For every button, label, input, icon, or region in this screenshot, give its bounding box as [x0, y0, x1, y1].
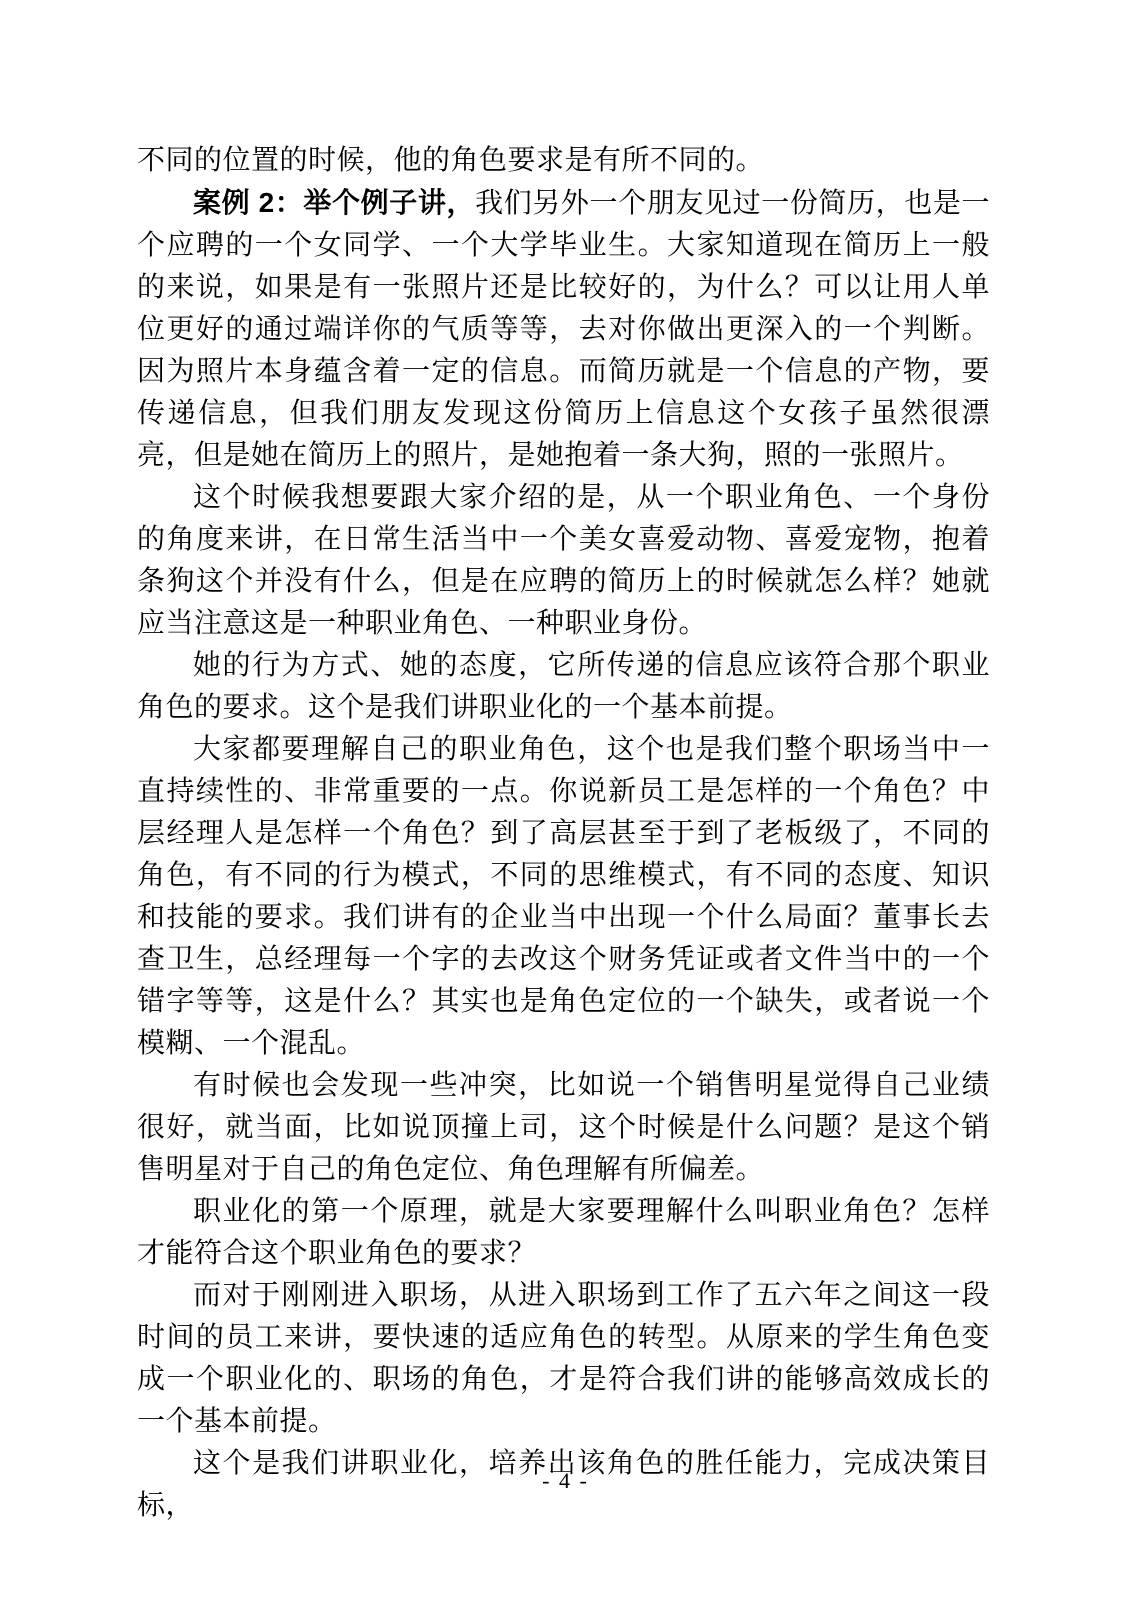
paragraph: 有时候也会发现一些冲突，比如说一个销售明星觉得自己业绩很好，就当面，比如说顶撞上…	[137, 1065, 990, 1191]
paragraph: 这个时候我想要跟大家介绍的是，从一个职业角色、一个身份的角度来讲，在日常生活当中…	[137, 477, 990, 645]
paragraph: 职业化的第一个原理，就是大家要理解什么叫职业角色？怎样才能符合这个职业角色的要求…	[137, 1191, 990, 1275]
paragraph: 她的行为方式、她的态度，它所传递的信息应该符合那个职业角色的要求。这个是我们讲职…	[137, 645, 990, 729]
paragraph-text: 有时候也会发现一些冲突，比如说一个销售明星觉得自己业绩很好，就当面，比如说顶撞上…	[137, 1070, 990, 1185]
paragraph-text: 而对于刚刚进入职场，从进入职场到工作了五六年之间这一段时间的员工来讲，要快速的适…	[137, 1280, 990, 1437]
paragraph-text: 她的行为方式、她的态度，它所传递的信息应该符合那个职业角色的要求。这个是我们讲职…	[137, 650, 990, 723]
body-text: 不同的位置的时候，他的角色要求是有所不同的。 案例 2：举个例子讲，我们另外一个…	[137, 140, 990, 1527]
paragraph-text: 大家都要理解自己的职业角色，这个也是我们整个职场当中一直持续性的、非常重要的一点…	[137, 734, 990, 1059]
paragraph: 大家都要理解自己的职业角色，这个也是我们整个职场当中一直持续性的、非常重要的一点…	[137, 729, 990, 1065]
paragraph-text: 这个时候我想要跟大家介绍的是，从一个职业角色、一个身份的角度来讲，在日常生活当中…	[137, 482, 990, 639]
paragraph-text: 不同的位置的时候，他的角色要求是有所不同的。	[137, 145, 764, 176]
paragraph: 案例 2：举个例子讲，我们另外一个朋友见过一份简历，也是一个应聘的一个女同学、一…	[137, 182, 990, 477]
paragraph-text: 我们另外一个朋友见过一份简历，也是一个应聘的一个女同学、一个大学毕业生。大家知道…	[137, 188, 990, 471]
page-number: - 4 -	[0, 1468, 1131, 1494]
paragraph: 而对于刚刚进入职场，从进入职场到工作了五六年之间这一段时间的员工来讲，要快速的适…	[137, 1275, 990, 1443]
document-page: 不同的位置的时候，他的角色要求是有所不同的。 案例 2：举个例子讲，我们另外一个…	[0, 0, 1131, 1600]
paragraph-text: 职业化的第一个原理，就是大家要理解什么叫职业角色？怎样才能符合这个职业角色的要求…	[137, 1196, 990, 1269]
case-label: 案例 2：举个例子讲，	[193, 187, 475, 218]
paragraph: 不同的位置的时候，他的角色要求是有所不同的。	[137, 140, 990, 182]
